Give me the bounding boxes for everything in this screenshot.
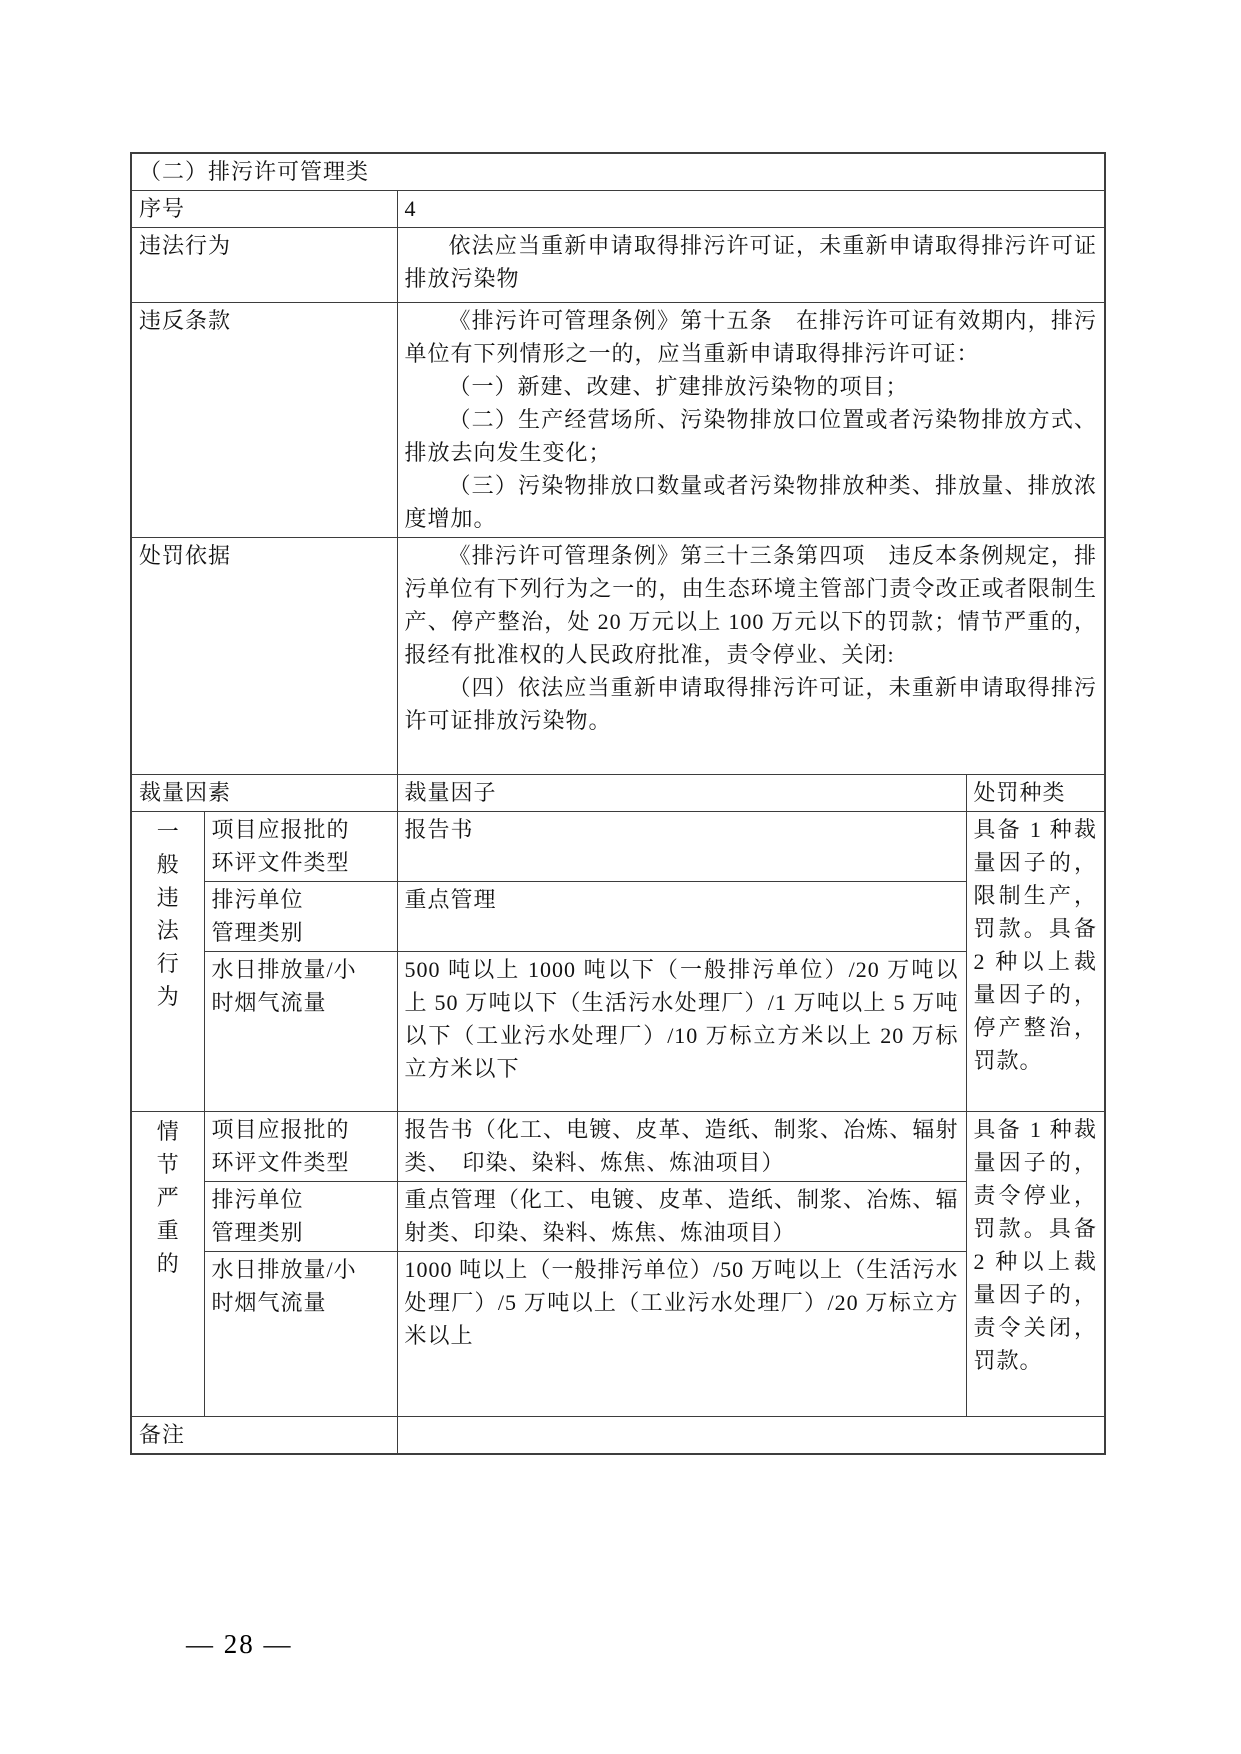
table-row: 裁量因素 裁量因子 处罚种类 [131, 775, 1105, 812]
general-row-value-text: 报告书 [405, 813, 959, 846]
general-penalty-cell: 具备 1 种裁量因子的，限制生产，罚款。具备 2 种以上裁量因子的，停产整治，罚… [966, 812, 1105, 1112]
penalty-type-header: 处罚种类 [966, 775, 1105, 812]
general-row-label: 水日排放量/小 时烟气流量 [204, 952, 397, 1112]
general-category-label: 一般违法行为 [155, 815, 180, 1013]
violation-text: 依法应当重新申请取得排污许可证，未重新申请取得排污许可证排放污染物 [405, 229, 1098, 295]
serial-label: 序号 [131, 191, 397, 228]
general-category-cell: 一般违法行为 [131, 812, 204, 1112]
general-row-value: 500 吨以上 1000 吨以下（一般排污单位）/20 万吨以上 50 万吨以下… [397, 952, 966, 1112]
penalty-basis-label: 处罚依据 [131, 538, 397, 775]
severe-row-value: 报告书（化工、电镀、皮革、造纸、制浆、冶炼、辐射类、 印染、染料、炼焦、炼油项目… [397, 1112, 966, 1182]
severe-row-label: 排污单位 管理类别 [204, 1182, 397, 1252]
general-row-value-text: 重点管理 [405, 883, 959, 916]
penalty-basis-paragraph: （四）依法应当重新申请取得排污许可证，未重新申请取得排污许可证排放污染物。 [405, 671, 1098, 737]
general-row-label: 排污单位 管理类别 [204, 882, 397, 952]
regulation-table: （二）排污许可管理类 序号 4 违法行为 依法应当重新申请取得排污许可证，未重新… [130, 152, 1106, 1455]
penalty-basis-paragraph: 《排污许可管理条例》第三十三条第四项 违反本条例规定，排污单位有下列行为之一的，… [405, 539, 1098, 671]
table-row: 排污单位 管理类别 重点管理 [131, 882, 1105, 952]
category-header: （二）排污许可管理类 [131, 153, 1105, 191]
severe-row-value-text: 重点管理（化工、电镀、皮革、造纸、制浆、冶炼、辐射类、印染、染料、炼焦、炼油项目… [405, 1183, 959, 1249]
severe-category-cell: 情节严重的 [131, 1112, 204, 1417]
factor-header: 裁量因子 [397, 775, 966, 812]
general-row-label: 项目应报批的 环评文件类型 [204, 812, 397, 882]
table-row: 违反条款 《排污许可管理条例》第十五条 在排污许可证有效期内，排污单位有下列情形… [131, 303, 1105, 538]
clause-label: 违反条款 [131, 303, 397, 538]
severe-row-value: 重点管理（化工、电镀、皮革、造纸、制浆、冶炼、辐射类、印染、染料、炼焦、炼油项目… [397, 1182, 966, 1252]
severe-row-value-text: 1000 吨以上（一般排污单位）/50 万吨以上（生活污水处理厂）/5 万吨以上… [405, 1253, 959, 1352]
clause-paragraph: （二）生产经营场所、污染物排放口位置或者污染物排放方式、排放去向发生变化； [405, 403, 1098, 469]
severe-category-label: 情节严重的 [155, 1115, 180, 1280]
severe-row-value-text: 报告书（化工、电镀、皮革、造纸、制浆、冶炼、辐射类、 印染、染料、炼焦、炼油项目… [405, 1113, 959, 1179]
clause-paragraph: （一）新建、改建、扩建排放污染物的项目； [405, 370, 1098, 403]
general-penalty-text: 具备 1 种裁量因子的，限制生产，罚款。具备 2 种以上裁量因子的，停产整治，罚… [974, 813, 1098, 1077]
severe-row-label: 水日排放量/小 时烟气流量 [204, 1252, 397, 1417]
severe-row-label: 项目应报批的 环评文件类型 [204, 1112, 397, 1182]
table-row: 水日排放量/小 时烟气流量 500 吨以上 1000 吨以下（一般排污单位）/2… [131, 952, 1105, 1112]
table-row: 情节严重的 项目应报批的 环评文件类型 报告书（化工、电镀、皮革、造纸、制浆、冶… [131, 1112, 1105, 1182]
penalty-basis-text-cell: 《排污许可管理条例》第三十三条第四项 违反本条例规定，排污单位有下列行为之一的，… [397, 538, 1105, 775]
severe-row-value: 1000 吨以上（一般排污单位）/50 万吨以上（生活污水处理厂）/5 万吨以上… [397, 1252, 966, 1417]
table-row: 排污单位 管理类别 重点管理（化工、电镀、皮革、造纸、制浆、冶炼、辐射类、印染、… [131, 1182, 1105, 1252]
table-row: 违法行为 依法应当重新申请取得排污许可证，未重新申请取得排污许可证排放污染物 [131, 228, 1105, 303]
table-row: （二）排污许可管理类 [131, 153, 1105, 191]
violation-label: 违法行为 [131, 228, 397, 303]
severe-penalty-text: 具备 1 种裁量因子的，责令停业，罚款。具备 2 种以上裁量因子的，责令关闭，罚… [974, 1113, 1098, 1377]
general-row-value: 重点管理 [397, 882, 966, 952]
page-number: — 28 — [186, 1629, 293, 1660]
factor-category-header: 裁量因素 [131, 775, 397, 812]
clause-text-cell: 《排污许可管理条例》第十五条 在排污许可证有效期内，排污单位有下列情形之一的，应… [397, 303, 1105, 538]
general-row-value: 报告书 [397, 812, 966, 882]
table-row: 处罚依据 《排污许可管理条例》第三十三条第四项 违反本条例规定，排污单位有下列行… [131, 538, 1105, 775]
table-row: 一般违法行为 项目应报批的 环评文件类型 报告书 具备 1 种裁量因子的，限制生… [131, 812, 1105, 882]
general-row-value-text: 500 吨以上 1000 吨以下（一般排污单位）/20 万吨以上 50 万吨以下… [405, 953, 959, 1085]
clause-paragraph: 《排污许可管理条例》第十五条 在排污许可证有效期内，排污单位有下列情形之一的，应… [405, 304, 1098, 370]
serial-value: 4 [397, 191, 1105, 228]
severe-penalty-cell: 具备 1 种裁量因子的，责令停业，罚款。具备 2 种以上裁量因子的，责令关闭，罚… [966, 1112, 1105, 1417]
table-row: 序号 4 [131, 191, 1105, 228]
remark-label: 备注 [131, 1417, 397, 1455]
table-row: 备注 [131, 1417, 1105, 1455]
document-page: （二）排污许可管理类 序号 4 违法行为 依法应当重新申请取得排污许可证，未重新… [0, 0, 1241, 1754]
remark-value [397, 1417, 1105, 1455]
clause-paragraph: （三）污染物排放口数量或者污染物排放种类、排放量、排放浓度增加。 [405, 469, 1098, 535]
table-row: 水日排放量/小 时烟气流量 1000 吨以上（一般排污单位）/50 万吨以上（生… [131, 1252, 1105, 1417]
violation-text-cell: 依法应当重新申请取得排污许可证，未重新申请取得排污许可证排放污染物 [397, 228, 1105, 303]
